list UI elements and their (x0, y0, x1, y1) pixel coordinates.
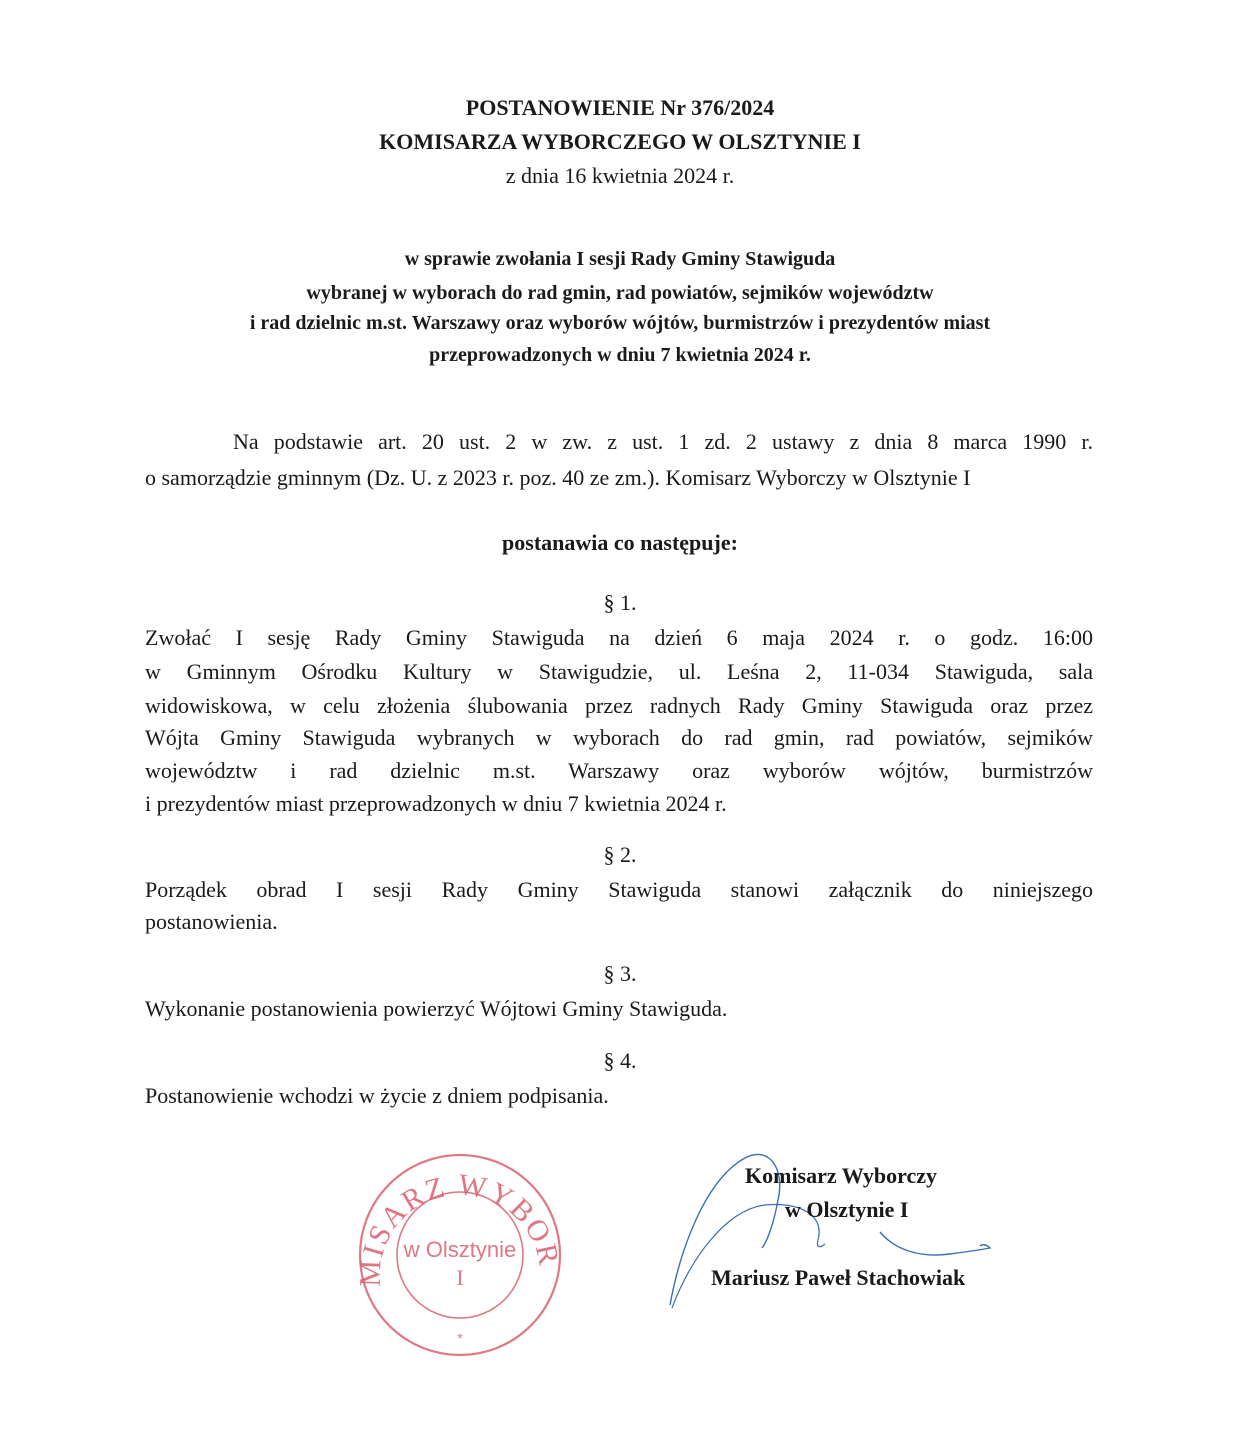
preamble-line-1: Na podstawie art. 20 ust. 2 w zw. z ust.… (233, 425, 1093, 459)
stamp-inner-numeral: I (456, 1265, 463, 1290)
signatory-role-1: Komisarz Wyborczy (745, 1163, 995, 1189)
section-4-line-1: Postanowienie wchodzi w życie z dniem po… (145, 1079, 1093, 1113)
resolves-heading: postanawia co następuje: (0, 526, 1240, 560)
section-1-line-3: widowiskowa, w celu złożenia ślubowania … (145, 689, 1093, 723)
section-4-mark: § 4. (0, 1048, 1240, 1074)
subject-line-4: przeprowadzonych w dniu 7 kwietnia 2024 … (0, 338, 1240, 372)
preamble-line-2: o samorządzie gminnym (Dz. U. z 2023 r. … (145, 461, 1093, 495)
stamp-inner-text: w Olsztynie (403, 1237, 516, 1262)
signatory-role-2: w Olsztynie I (785, 1197, 985, 1223)
stamp-outer-text: KOMISARZ WYBORCZY (340, 1140, 566, 1287)
section-3-line-1: Wykonanie postanowienia powierzyć Wójtow… (145, 992, 1093, 1026)
section-1-line-5: województw i rad dzielnic m.st. Warszawy… (145, 754, 1093, 788)
section-2-line-1: Porządek obrad I sesji Rady Gminy Stawig… (145, 873, 1093, 907)
official-stamp: KOMISARZ WYBORCZY w Olsztynie I * (340, 1140, 580, 1370)
subject-line-2: wybranej w wyborach do rad gmin, rad pow… (0, 276, 1240, 310)
section-2-mark: § 2. (0, 842, 1240, 868)
issuer-title: KOMISARZA WYBORCZEGO W OLSZTYNIE I (0, 125, 1240, 159)
signatory-name: Mariusz Paweł Stachowiak (711, 1265, 1031, 1291)
subject-line-1: w sprawie zwołania I sesji Rady Gminy St… (0, 242, 1240, 276)
section-1-line-6: i prezydentów miast przeprowadzonych w d… (145, 787, 1093, 821)
stamp-star-icon: * (457, 1330, 463, 1346)
section-1-line-4: Wójta Gminy Stawiguda wybranych w wybora… (145, 721, 1093, 755)
decision-date: z dnia 16 kwietnia 2024 r. (0, 159, 1240, 193)
section-2-line-2: postanowienia. (145, 905, 1093, 939)
section-3-mark: § 3. (0, 961, 1240, 987)
section-1-line-1: Zwołać I sesję Rady Gminy Stawiguda na d… (145, 621, 1093, 655)
section-1-line-2: w Gminnym Ośrodku Kultury w Stawigudzie,… (145, 655, 1093, 689)
decision-title: POSTANOWIENIE Nr 376/2024 (0, 91, 1240, 125)
svg-text:KOMISARZ WYBORCZY: KOMISARZ WYBORCZY (340, 1140, 566, 1287)
subject-line-3: i rad dzielnic m.st. Warszawy oraz wybor… (0, 306, 1240, 340)
section-1-mark: § 1. (0, 590, 1240, 616)
